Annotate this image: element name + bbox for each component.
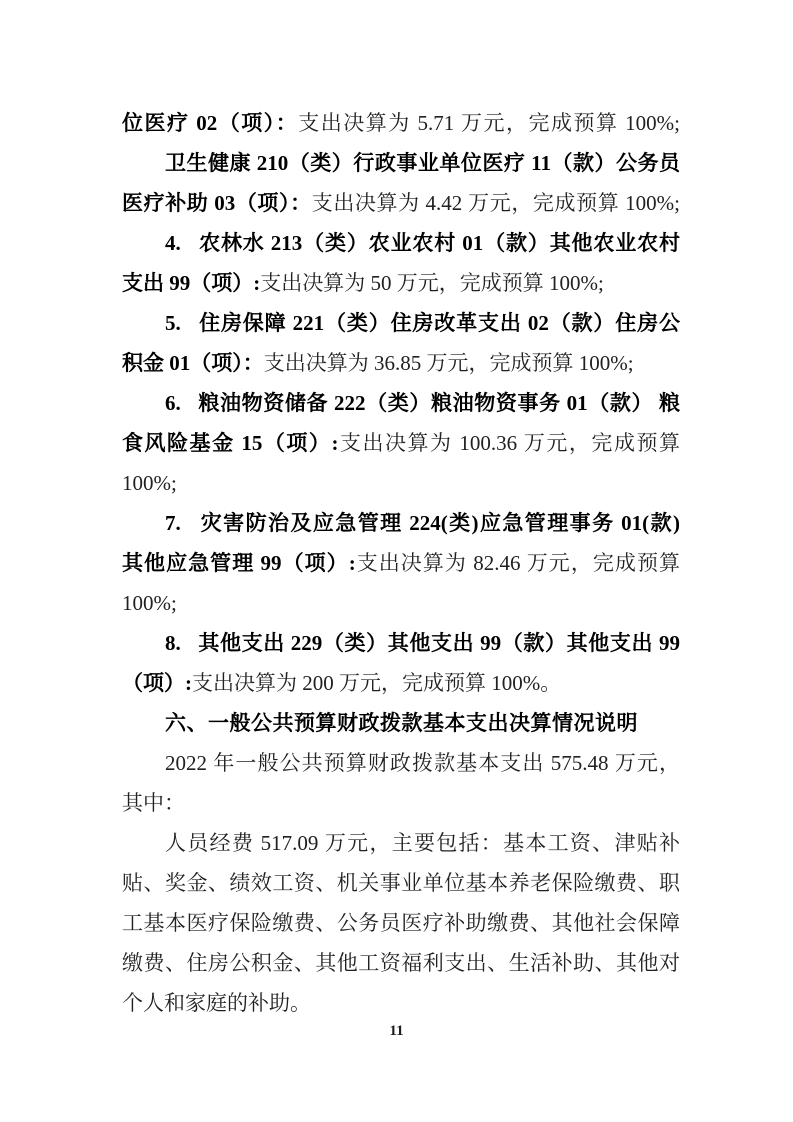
item-label: 5. 住房保障 221（类）住房改革支出 02（款）住房公: [165, 311, 680, 335]
text-content: 位医疗 02（项）：支出决算为 5.71 万元，完成预算 100%; 卫生健康 …: [122, 103, 680, 1023]
text-line: 食风险基金 15（项）:支出决算为 100.36 万元，完成预算: [122, 423, 680, 463]
text-line: 7. 灾害防治及应急管理 224(类)应急管理事务 01(款): [122, 503, 680, 543]
paragraph-text: 缴费、住房公积金、其他工资福利支出、生活补助、其他对: [122, 951, 680, 975]
text-line: 位医疗 02（项）：支出决算为 5.71 万元，完成预算 100%;: [122, 103, 680, 143]
paragraph-text: 2022 年一般公共预算财政拨款基本支出 575.48 万元，: [165, 751, 680, 775]
item-label: 卫生健康 210（类）行政事业单位医疗 11（款）公务员: [165, 151, 680, 175]
item-label: 6. 粮油物资储备 222（类）粮油物资事务 01（款） 粮: [165, 391, 680, 415]
item-value: 支出决算为 100.36 万元，完成预算: [338, 431, 680, 455]
text-line: 4. 农林水 213（类）农业农村 01（款）其他农业农村: [122, 223, 680, 263]
item-label: 其他应急管理 99（项）:: [122, 551, 356, 575]
text-line: 卫生健康 210（类）行政事业单位医疗 11（款）公务员: [122, 143, 680, 183]
item-value: 支出决算为 4.42 万元，完成预算 100%;: [312, 191, 680, 215]
text-line: 8. 其他支出 229（类）其他支出 99（款）其他支出 99: [122, 623, 680, 663]
item-label: 位医疗 02（项）：: [122, 111, 298, 135]
text-line: 积金 01（项）：支出决算为 36.85 万元，完成预算 100%;: [122, 343, 680, 383]
text-line: 支出 99（项）:支出决算为 50 万元，完成预算 100%;: [122, 263, 680, 303]
paragraph-text: 贴、奖金、绩效工资、机关事业单位基本养老保险缴费、职: [122, 871, 680, 895]
paragraph-text: 个人和家庭的补助。: [122, 991, 311, 1015]
page-number: 11: [0, 1023, 793, 1040]
item-label: 支出 99（项）:: [122, 271, 260, 295]
item-value: 100%;: [122, 591, 177, 615]
document-page: 位医疗 02（项）：支出决算为 5.71 万元，完成预算 100%; 卫生健康 …: [0, 0, 793, 1122]
item-value: 支出决算为 82.46 万元，完成预算: [356, 551, 680, 575]
section-heading: 六、一般公共预算财政拨款基本支出决算情况说明: [122, 703, 680, 743]
text-line: 工基本医疗保险缴费、公务员医疗补助缴费、其他社会保障: [122, 903, 680, 943]
item-value: 支出决算为 36.85 万元，完成预算 100%;: [264, 351, 634, 375]
paragraph-text: 人员经费 517.09 万元，主要包括：基本工资、津贴补: [165, 831, 680, 855]
item-label: 食风险基金 15（项）:: [122, 431, 338, 455]
text-line: （项）:支出决算为 200 万元，完成预算 100%。: [122, 663, 680, 703]
paragraph-text: 其中：: [122, 791, 185, 815]
item-label: 医疗补助 03（项）：: [122, 191, 312, 215]
item-label: 7. 灾害防治及应急管理 224(类)应急管理事务 01(款): [165, 511, 680, 535]
item-value: 支出决算为 50 万元，完成预算 100%;: [260, 271, 604, 295]
text-line: 贴、奖金、绩效工资、机关事业单位基本养老保险缴费、职: [122, 863, 680, 903]
text-line: 100%;: [122, 583, 680, 623]
item-label: 积金 01（项）：: [122, 351, 264, 375]
text-line: 5. 住房保障 221（类）住房改革支出 02（款）住房公: [122, 303, 680, 343]
item-label: 8. 其他支出 229（类）其他支出 99（款）其他支出 99: [165, 631, 680, 655]
text-line: 缴费、住房公积金、其他工资福利支出、生活补助、其他对: [122, 943, 680, 983]
item-value: 支出决算为 5.71 万元，完成预算 100%;: [298, 111, 680, 135]
item-label: 4. 农林水 213（类）农业农村 01（款）其他农业农村: [165, 231, 680, 255]
text-line: 人员经费 517.09 万元，主要包括：基本工资、津贴补: [122, 823, 680, 863]
item-label: （项）:: [122, 671, 192, 695]
text-line: 个人和家庭的补助。: [122, 983, 680, 1023]
section-heading-text: 六、一般公共预算财政拨款基本支出决算情况说明: [165, 712, 638, 735]
text-line: 其他应急管理 99（项）:支出决算为 82.46 万元，完成预算: [122, 543, 680, 583]
text-line: 2022 年一般公共预算财政拨款基本支出 575.48 万元，: [122, 743, 680, 783]
item-value: 100%;: [122, 471, 177, 495]
item-value: 支出决算为 200 万元，完成预算 100%。: [192, 671, 561, 695]
text-line: 6. 粮油物资储备 222（类）粮油物资事务 01（款） 粮: [122, 383, 680, 423]
paragraph-text: 工基本医疗保险缴费、公务员医疗补助缴费、其他社会保障: [122, 911, 680, 935]
text-line: 100%;: [122, 463, 680, 503]
text-line: 医疗补助 03（项）：支出决算为 4.42 万元，完成预算 100%;: [122, 183, 680, 223]
text-line: 其中：: [122, 783, 680, 823]
